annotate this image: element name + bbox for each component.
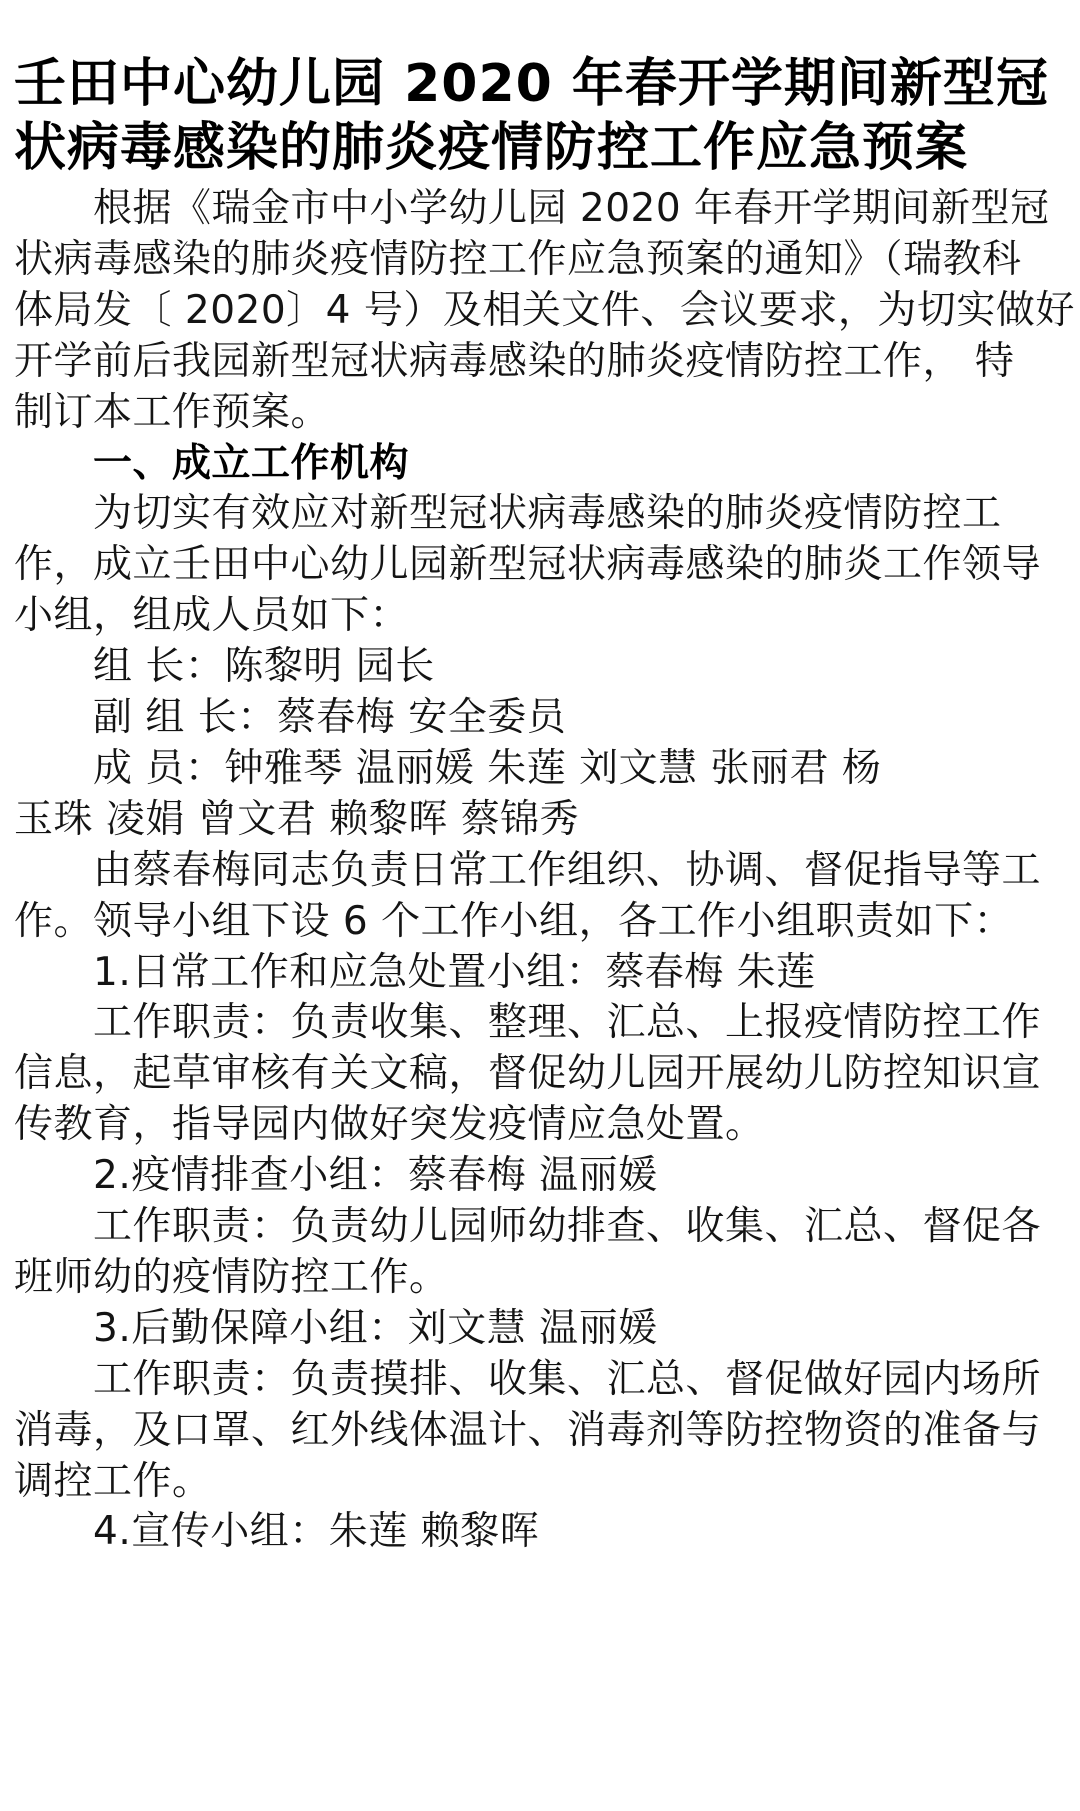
paragraph-line: 开学前后我园新型冠状病毒感染的肺炎疫情防控工作， 特 <box>14 337 1014 387</box>
paragraph-line: 作，成立壬田中心幼儿园新型冠状病毒感染的肺炎工作领导 <box>14 540 1041 590</box>
paragraph-line: 1.日常工作和应急处置小组：蔡春梅 朱莲 <box>93 948 816 998</box>
paragraph-line: 作。领导小组下设 6 个工作小组，各工作小组职责如下： <box>14 897 1013 947</box>
paragraph-line: 为切实有效应对新型冠状病毒感染的肺炎疫情防控工 <box>93 489 1002 539</box>
paragraph-line: 消毒，及口罩、红外线体温计、消毒剂等防控物资的准备与 <box>14 1406 1041 1456</box>
paragraph-line: 3.后勤保障小组：刘文慧 温丽媛 <box>93 1304 658 1354</box>
paragraph-line: 信息，起草审核有关文稿，督促幼儿园开展幼儿防控知识宣 <box>14 1049 1041 1099</box>
paragraph-line: 由蔡春梅同志负责日常工作组织、协调、督促指导等工 <box>93 846 1041 896</box>
paragraph-line: 成 员：钟雅琴 温丽媛 朱莲 刘文慧 张丽君 杨 <box>93 744 881 794</box>
paragraph-line: 根据《瑞金市中小学幼儿园 2020 年春开学期间新型冠 <box>93 184 1050 234</box>
paragraph-line: 工作职责：负责摸排、收集、汇总、督促做好园内场所 <box>93 1355 1041 1405</box>
paragraph-line: 工作职责：负责收集、整理、汇总、上报疫情防控工作 <box>93 998 1041 1048</box>
document-title-line-2: 状病毒感染的肺炎疫情防控工作应急预案 <box>14 118 968 178</box>
paragraph-line: 副 组 长：蔡春梅 安全委员 <box>93 693 566 743</box>
paragraph-line: 班师幼的疫情防控工作。 <box>14 1253 449 1303</box>
paragraph-line: 玉珠 凌娟 曾文君 赖黎晖 蔡锦秀 <box>14 795 579 845</box>
document-title-line-1: 壬田中心幼儿园 2020 年春开学期间新型冠 <box>14 54 1049 114</box>
paragraph-line: 组 长：陈黎明 园长 <box>93 642 435 692</box>
paragraph-line: 传教育，指导园内做好突发疫情应急处置。 <box>14 1100 765 1150</box>
paragraph-line: 小组，组成人员如下： <box>14 591 409 641</box>
paragraph-line: 工作职责：负责幼儿园师幼排查、收集、汇总、督促各 <box>93 1202 1041 1252</box>
paragraph-line: 4.宣传小组：朱莲 赖黎晖 <box>93 1507 539 1557</box>
paragraph-line: 状病毒感染的肺炎疫情防控工作应急预案的通知》（瑞教科 <box>14 235 1022 285</box>
paragraph-line: 调控工作。 <box>14 1457 212 1507</box>
section-heading: 一、成立工作机构 <box>93 439 409 489</box>
paragraph-line: 体局发〔 2020〕4 号）及相关文件、会议要求，为切实做好 <box>14 286 1075 336</box>
paragraph-line: 制订本工作预案。 <box>14 388 330 438</box>
paragraph-line: 2.疫情排查小组：蔡春梅 温丽媛 <box>93 1151 658 1201</box>
